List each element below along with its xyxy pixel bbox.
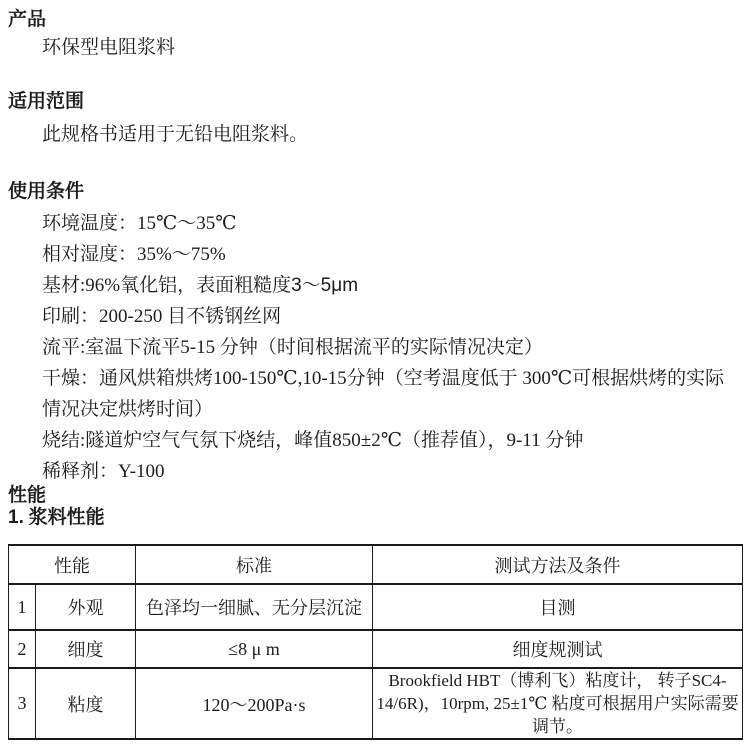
scope-text: 此规格书适用于无铅电阻浆料。 xyxy=(8,119,742,150)
cell-method: Brookfield HBT（博利飞）粘度计， 转子SC4-14/6R)，10r… xyxy=(373,668,743,739)
paste-performance-table: 性能 标准 测试方法及条件 1 外观 色泽均一细腻、无分层沉淀 目测 2 细度 … xyxy=(8,544,743,740)
subsection-heading-paste-performance: 1. 浆料性能 xyxy=(8,507,742,529)
subsection-title: 浆料性能 xyxy=(29,507,105,528)
usage-temperature: 环境温度：15℃～35℃ xyxy=(8,208,742,239)
usage-humidity: 相对湿度：35%～75% xyxy=(8,239,742,270)
row-number: 2 xyxy=(9,630,36,668)
cell-property: 外观 xyxy=(36,584,136,630)
product-name: 环保型电阻浆料 xyxy=(8,32,742,63)
usage-substrate-text: 基材:96%氧化铝，表面粗糙度 xyxy=(42,275,291,296)
usage-substrate-roughness: 3～5μm xyxy=(291,275,358,296)
section-heading-performance: 性能 xyxy=(8,485,742,507)
table-row: 2 细度 ≤8 μ m 细度规测试 xyxy=(9,630,743,668)
section-heading-usage: 使用条件 xyxy=(8,180,742,204)
usage-thinner: 稀释剂：Y-100 xyxy=(8,456,742,487)
usage-leveling: 流平:室温下流平5-15 分钟（时间根据流平的实际情况决定） xyxy=(8,332,742,363)
document-page: 产品 环保型电阻浆料 适用范围 此规格书适用于无铅电阻浆料。 使用条件 环境温度… xyxy=(0,0,750,750)
usage-firing: 烧结:隧道炉空气气氛下烧结，峰值850±2℃（推荐值），9-11 分钟 xyxy=(8,425,742,456)
column-header-method: 测试方法及条件 xyxy=(373,545,743,584)
cell-property: 细度 xyxy=(36,630,136,668)
subsection-number: 1. xyxy=(8,507,24,528)
usage-printing: 印刷：200-250 目不锈钢丝网 xyxy=(8,301,742,332)
cell-method: 细度规测试 xyxy=(373,630,743,668)
section-heading-scope: 适用范围 xyxy=(8,90,742,114)
cell-standard: 120～200Pa·s xyxy=(136,668,373,739)
table-row: 3 粘度 120～200Pa·s Brookfield HBT（博利飞）粘度计，… xyxy=(9,668,743,739)
usage-drying: 干燥：通风烘箱烘烤100-150℃,10-15分钟（空考温度低于 300℃可根据… xyxy=(8,363,742,425)
cell-standard: ≤8 μ m xyxy=(136,630,373,668)
table-header-row: 性能 标准 测试方法及条件 xyxy=(9,545,743,584)
cell-standard: 色泽均一细腻、无分层沉淀 xyxy=(136,584,373,630)
usage-substrate: 基材:96%氧化铝，表面粗糙度3～5μm xyxy=(8,270,742,301)
row-number: 1 xyxy=(9,584,36,630)
column-header-standard: 标准 xyxy=(136,545,373,584)
section-heading-product: 产品 xyxy=(8,8,742,32)
table-row: 1 外观 色泽均一细腻、无分层沉淀 目测 xyxy=(9,584,743,630)
cell-property: 粘度 xyxy=(36,668,136,739)
cell-method: 目测 xyxy=(373,584,743,630)
column-header-property: 性能 xyxy=(9,545,136,584)
row-number: 3 xyxy=(9,668,36,739)
